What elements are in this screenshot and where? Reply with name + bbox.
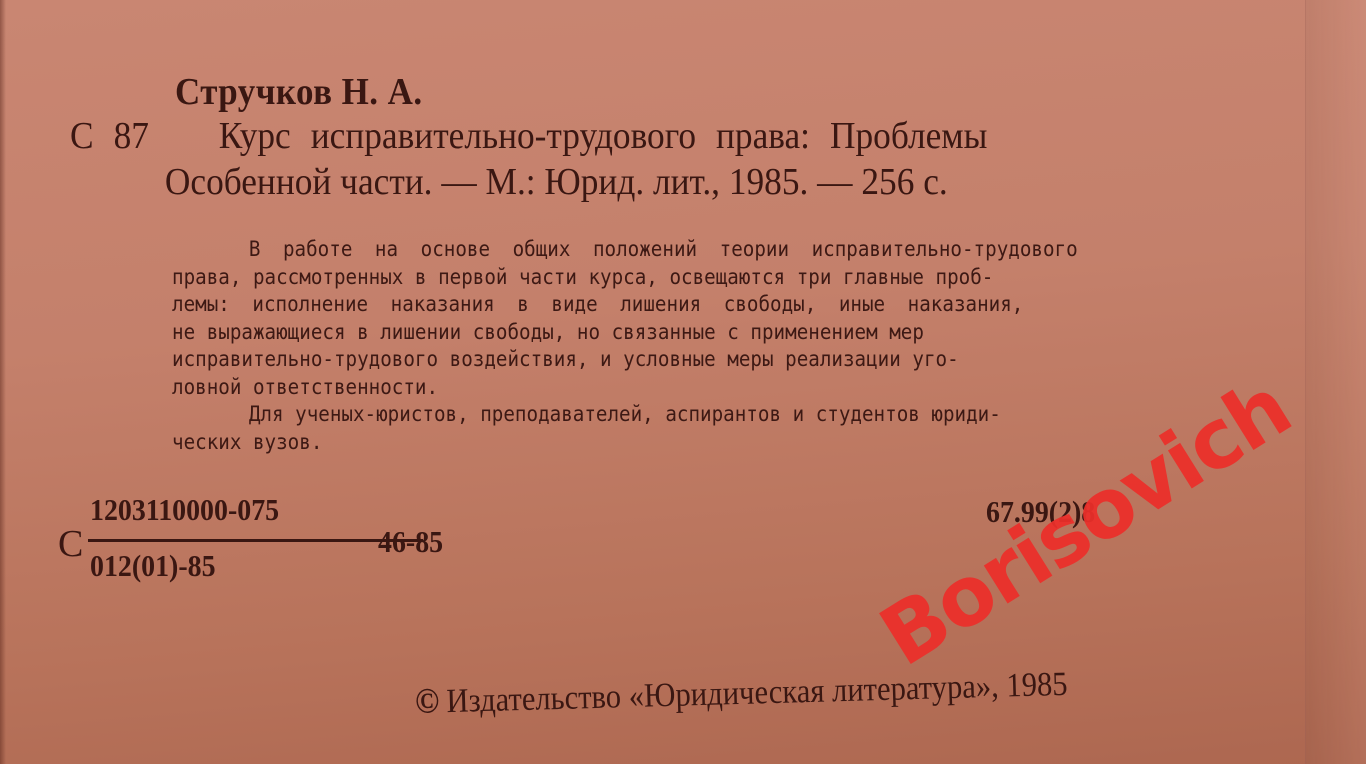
annotation-line: В работе на основе общих положений теори… [172, 236, 1197, 264]
annotation-line: ловной ответственности. [172, 374, 1197, 402]
catalog-numerator: 1203110000-075 [90, 492, 279, 528]
page-left-shadow [0, 0, 6, 764]
annotation-line: права, рассмотренных в первой части курс… [172, 264, 1197, 292]
audience-line: ческих вузов. [172, 429, 1197, 457]
author-name: Стручков Н. А. [175, 70, 423, 114]
annotation-line: исправительно-трудового воздействия, и у… [172, 346, 1197, 374]
audience-line: Для ученых-юристов, преподавателей, аспи… [172, 401, 1197, 429]
catalog-prefix: С [58, 522, 83, 566]
catalog-suffix: 46-85 [378, 524, 443, 560]
annotation-line: лемы: исполнение наказания в виде лишени… [172, 291, 1197, 319]
annotation-line: не выражающиеся в лишении свободы, но св… [172, 319, 1197, 347]
copyright-icon: © [414, 680, 439, 721]
title-line-1: С 87Курс исправительно-трудового права: … [70, 113, 987, 159]
call-number: С 87 [70, 113, 219, 159]
title-text-1: Курс исправительно-трудового права: Проб… [219, 115, 988, 157]
catalog-denominator: 012(01)-85 [90, 548, 216, 584]
fraction-bar [88, 539, 423, 542]
title-line-2: Особенной части. — М.: Юрид. лит., 1985.… [70, 159, 987, 205]
copyright-text: Издательство «Юридическая литература», 1… [446, 666, 1068, 720]
page-edge [1305, 0, 1366, 764]
copyright-line: ©Издательство «Юридическая литература», … [414, 662, 1068, 722]
annotation: В работе на основе общих положений теори… [172, 236, 1292, 456]
bibliographic-title: С 87Курс исправительно-трудового права: … [70, 113, 1056, 205]
